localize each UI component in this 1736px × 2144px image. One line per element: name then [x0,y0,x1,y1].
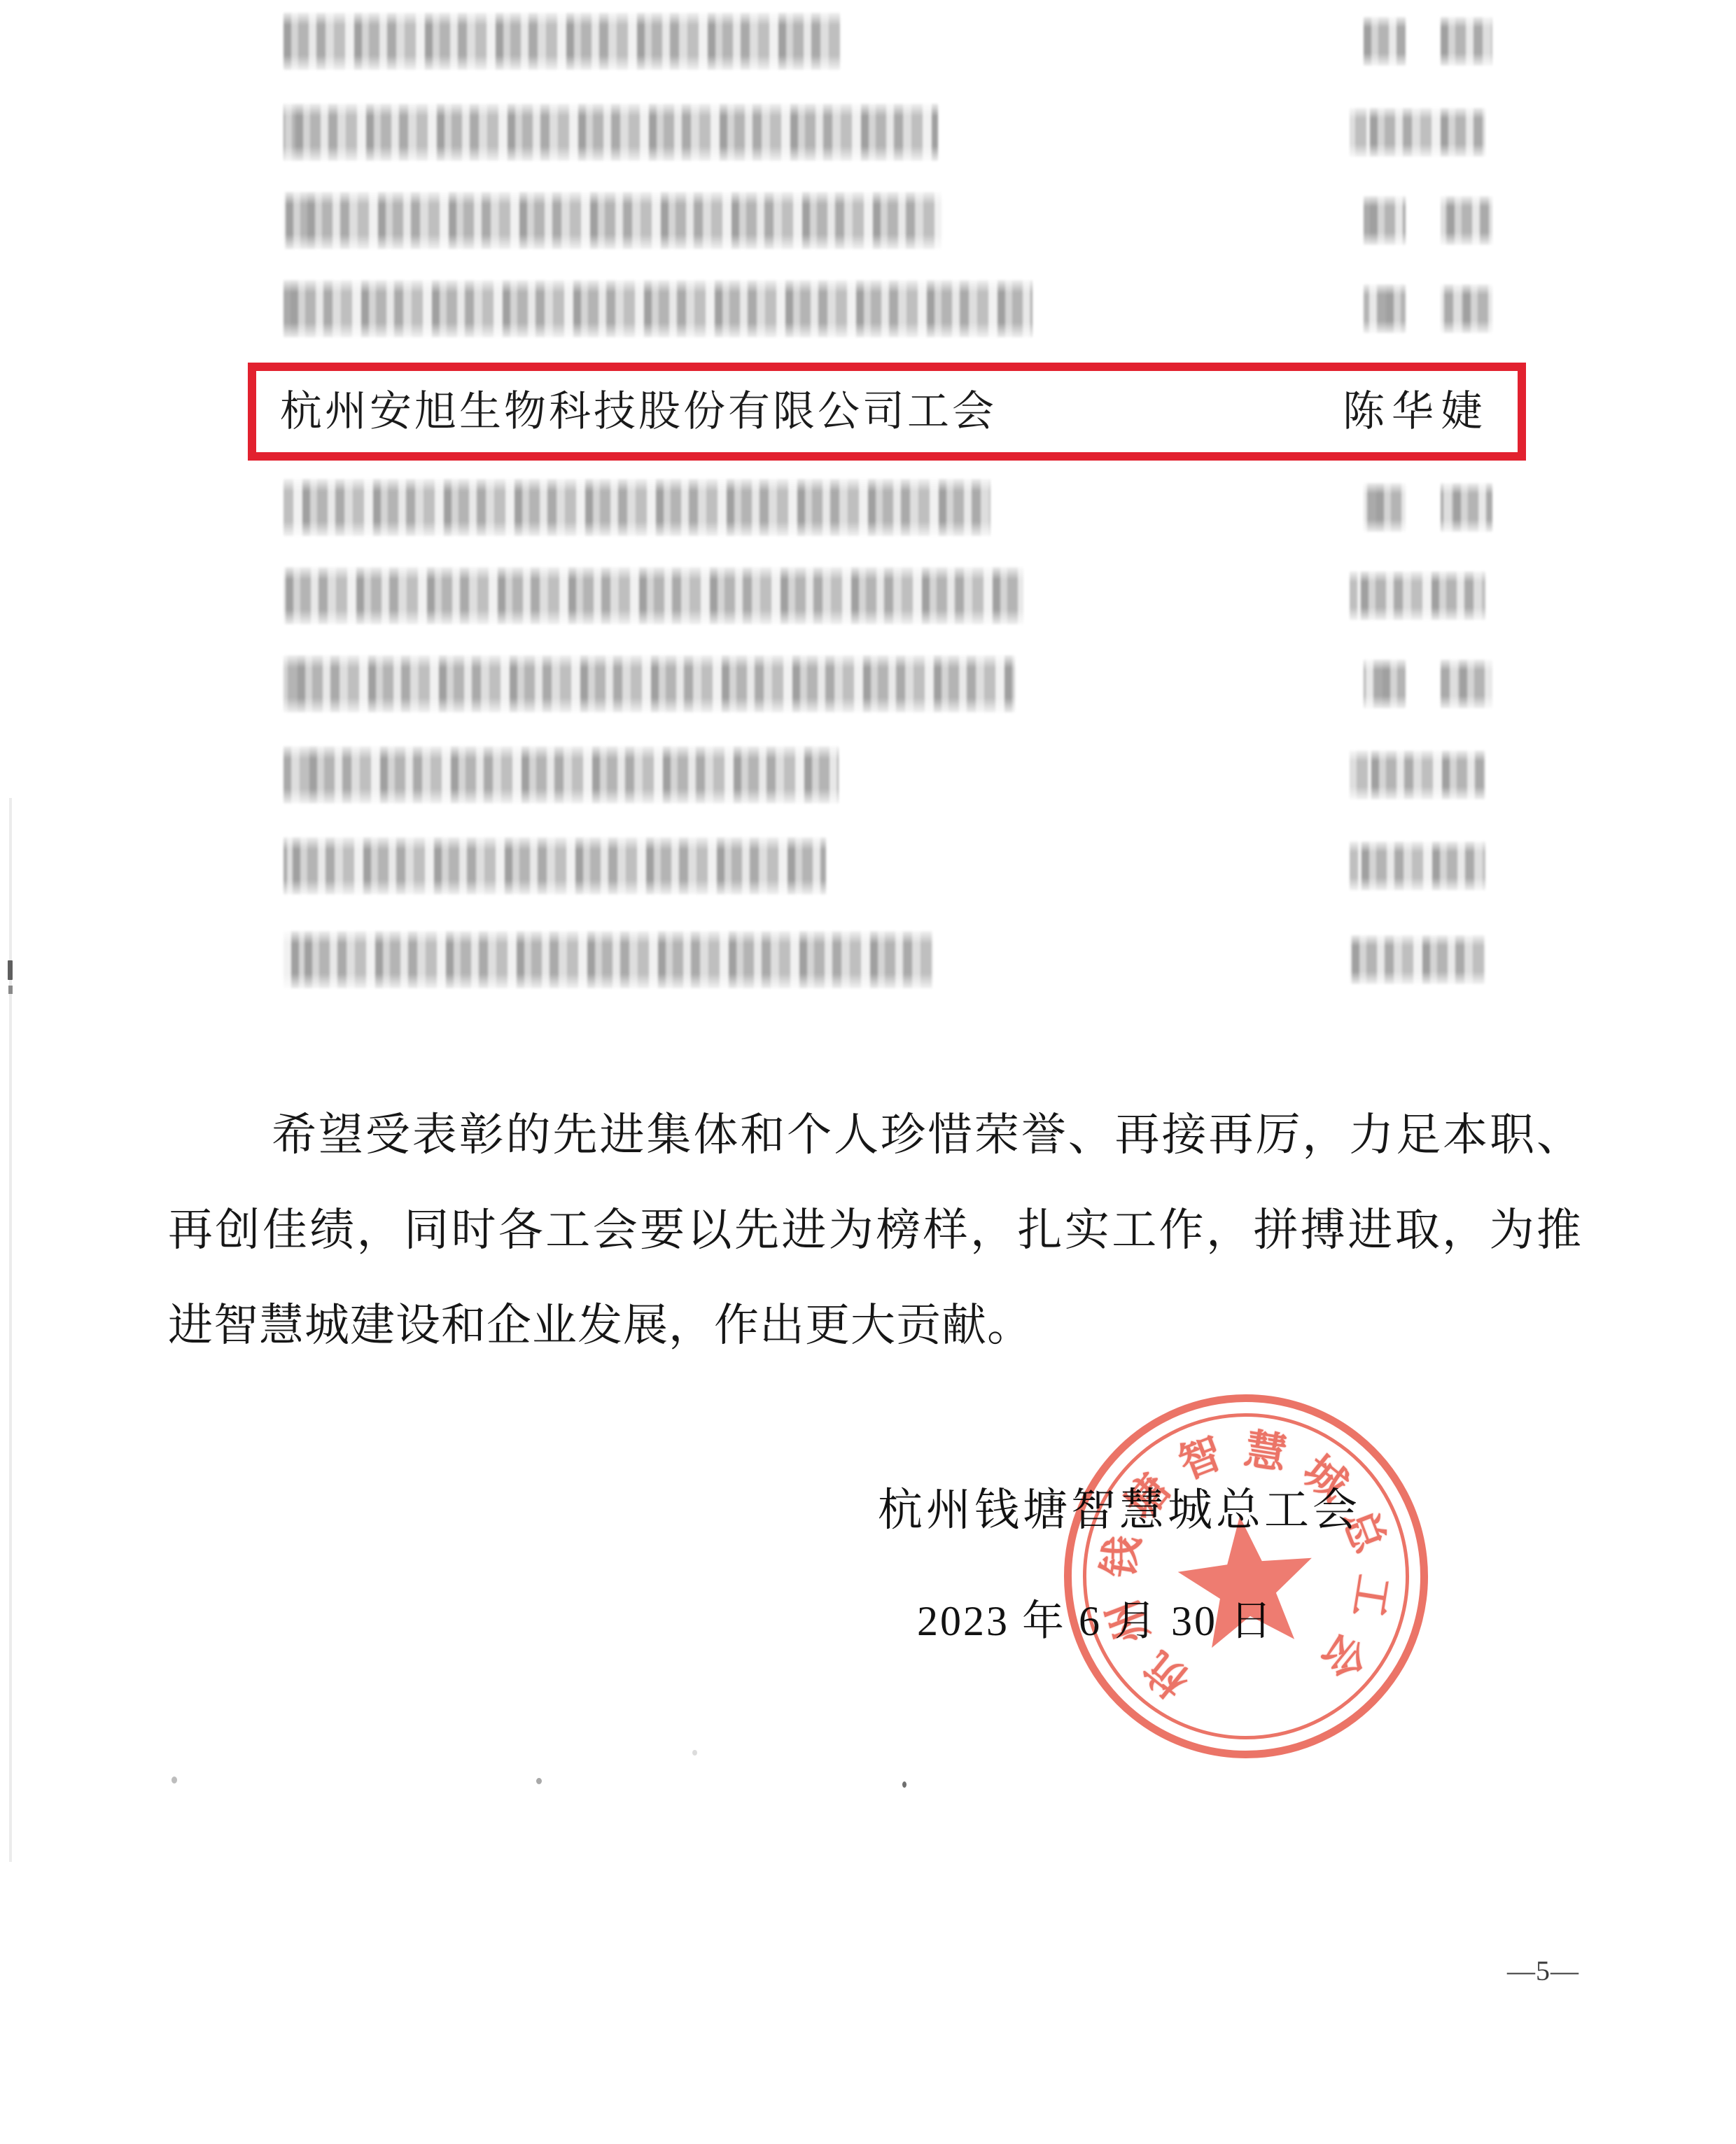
redacted-person-name [1350,750,1485,799]
redacted-company-name [283,567,1023,624]
closing-paragraph: 希望受表彰的先进集体和个人珍惜荣誉、再接再厉，力足本职、 再创佳绩，同时各工会要… [168,1113,1582,1399]
scan-speck [692,1750,697,1756]
redacted-person-name [1350,841,1485,890]
scan-edge-line [9,798,12,1862]
redacted-company-name [283,192,941,249]
roster-row-redacted [0,837,1736,897]
roster-row-redacted [0,13,1736,73]
redacted-company-name [283,280,1032,337]
roster-row-redacted [0,567,1736,627]
paragraph-line-2: 再创佳绩，同时各工会要以先进为榜样，扎实工作，拼搏进取，为推 [168,1208,1582,1253]
seal-arc-char: 总 [1331,1499,1403,1560]
redacted-person-name [1441,284,1492,333]
redacted-company-name [283,931,933,988]
seal-arc-char: 杭 [1129,1640,1200,1714]
redacted-person-name [1350,935,1485,984]
highlighted-row-box: 杭州安旭生物科技股份有限公司工会 陈华婕 [248,363,1526,461]
seal-arc-char: 慧 [1241,1415,1292,1481]
redacted-person-name [1350,108,1485,157]
redacted-person-name [1441,483,1492,532]
redacted-company-name [283,13,840,70]
scan-edge-mark [8,960,13,980]
official-seal-stamp: 杭州钱塘智慧城总工会 [1046,1376,1446,1777]
highlighted-person-name: 陈华婕 [1343,371,1490,452]
redacted-person-name [1364,483,1406,532]
redacted-company-name [283,104,938,161]
seal-arc-char: 智 [1169,1420,1230,1491]
seal-arc-char: 塘 [1109,1459,1182,1530]
redacted-company-name [283,746,839,804]
redacted-person-name [1364,284,1406,333]
paragraph-line-3: 进智慧城建设和企业发展，作出更大贡献。 [168,1303,1582,1348]
scan-edge-mark-2 [8,986,13,994]
seal-arc-char: 州 [1089,1592,1161,1653]
redacted-person-name [1441,659,1492,708]
document-page: 杭州安旭生物科技股份有限公司工会 陈华婕 希望受表彰的先进集体和个人珍惜荣誉、再… [0,0,1736,2144]
roster-row-redacted [0,280,1736,340]
scan-speck [536,1778,542,1784]
redacted-company-name [283,837,826,895]
redacted-person-name [1441,196,1492,245]
redacted-person-name [1364,659,1406,708]
redacted-company-name [283,479,990,536]
roster-row-redacted [0,479,1736,539]
paragraph-line-1: 希望受表彰的先进集体和个人珍惜荣誉、再接再厉，力足本职、 [168,1113,1582,1158]
seal-arc-char: 会 [1310,1623,1383,1693]
award-roster: 杭州安旭生物科技股份有限公司工会 陈华婕 [0,0,1736,2144]
scan-speck [902,1781,906,1788]
roster-row-redacted [0,104,1736,164]
page-number: —5— [1467,1954,1579,1987]
redacted-person-name [1350,571,1485,620]
roster-row-redacted [0,192,1736,252]
highlighted-company-name: 杭州安旭生物科技股份有限公司工会 [280,371,997,452]
redacted-person-name [1364,17,1406,66]
seal-arc-char: 钱 [1085,1531,1151,1582]
roster-row-redacted [0,655,1736,715]
seal-arc-char: 城 [1292,1439,1363,1513]
redacted-person-name [1441,17,1492,66]
roster-row-redacted [0,746,1736,806]
roster-row-redacted [0,931,1736,991]
scan-speck [171,1777,177,1784]
redacted-person-name [1364,196,1406,245]
redacted-company-name [283,655,1015,713]
seal-arc-text: 杭州钱塘智慧城总工会 [1046,1376,1446,1777]
seal-arc-char: 工 [1341,1571,1407,1623]
